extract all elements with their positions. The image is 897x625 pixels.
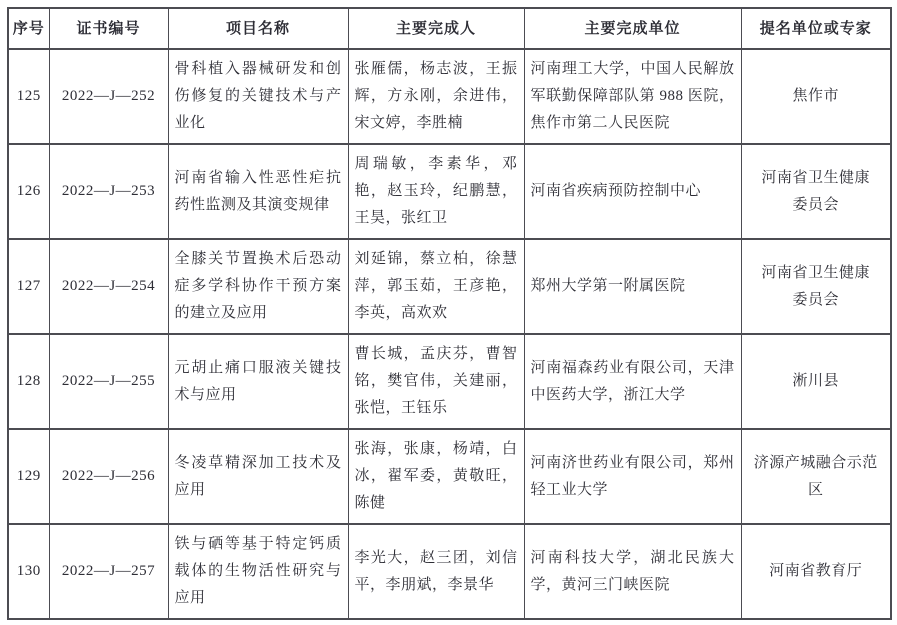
cell-people: 周瑞敏，李素华，邓艳，赵玉玲，纪鹏慧，王昊，张红卫 (348, 144, 524, 239)
awards-table: 序号 证书编号 项目名称 主要完成人 主要完成单位 提名单位或专家 125 20… (7, 7, 892, 620)
cell-project: 元胡止痛口服液关键技术与应用 (168, 334, 348, 429)
header-nominator: 提名单位或专家 (741, 8, 891, 49)
cell-people: 曹长城，孟庆芬，曹智铭，樊官伟，关建丽，张恺，王钰乐 (348, 334, 524, 429)
header-people: 主要完成人 (348, 8, 524, 49)
cell-project: 全膝关节置换术后恐动症多学科协作干预方案的建立及应用 (168, 239, 348, 334)
cell-project: 骨科植入器械研发和创伤修复的关键技术与产业化 (168, 49, 348, 144)
cell-nominator: 焦作市 (741, 49, 891, 144)
cell-units: 河南济世药业有限公司，郑州轻工业大学 (524, 429, 741, 524)
cell-cert: 2022—J—254 (49, 239, 168, 334)
table-row: 125 2022—J—252 骨科植入器械研发和创伤修复的关键技术与产业化 张雁… (8, 49, 891, 144)
cell-cert: 2022—J—256 (49, 429, 168, 524)
table-row: 130 2022—J—257 铁与硒等基于特定钙质载体的生物活性研究与应用 李光… (8, 524, 891, 619)
table-row: 129 2022—J—256 冬凌草精深加工技术及应用 张海，张康，杨靖，白冰，… (8, 429, 891, 524)
cell-nominator: 河南省卫生健康 委员会 (741, 144, 891, 239)
cell-units: 郑州大学第一附属医院 (524, 239, 741, 334)
cell-project: 河南省输入性恶性疟抗药性监测及其演变规律 (168, 144, 348, 239)
cell-people: 李光大，赵三团，刘信平，李朋斌，李景华 (348, 524, 524, 619)
cell-units: 河南福森药业有限公司，天津中医药大学，浙江大学 (524, 334, 741, 429)
table-row: 126 2022—J—253 河南省输入性恶性疟抗药性监测及其演变规律 周瑞敏，… (8, 144, 891, 239)
cell-nominator: 河南省教育厅 (741, 524, 891, 619)
cell-nominator: 济源产城融合示范区 (741, 429, 891, 524)
document-page: 序号 证书编号 项目名称 主要完成人 主要完成单位 提名单位或专家 125 20… (0, 0, 897, 625)
header-units: 主要完成单位 (524, 8, 741, 49)
cell-people: 张雁儒，杨志波，王振辉，方永刚，余进伟，宋文婷，李胜楠 (348, 49, 524, 144)
cell-cert: 2022—J—255 (49, 334, 168, 429)
cell-no: 125 (8, 49, 49, 144)
table-row: 127 2022—J—254 全膝关节置换术后恐动症多学科协作干预方案的建立及应… (8, 239, 891, 334)
cell-cert: 2022—J—257 (49, 524, 168, 619)
cell-no: 126 (8, 144, 49, 239)
cell-cert: 2022—J—253 (49, 144, 168, 239)
cell-project: 铁与硒等基于特定钙质载体的生物活性研究与应用 (168, 524, 348, 619)
table-row: 128 2022—J—255 元胡止痛口服液关键技术与应用 曹长城，孟庆芬，曹智… (8, 334, 891, 429)
header-row: 序号 证书编号 项目名称 主要完成人 主要完成单位 提名单位或专家 (8, 8, 891, 49)
header-cert: 证书编号 (49, 8, 168, 49)
cell-units: 河南科技大学，湖北民族大学，黄河三门峡医院 (524, 524, 741, 619)
cell-units: 河南理工大学，中国人民解放军联勤保障部队第 988 医院，焦作市第二人民医院 (524, 49, 741, 144)
cell-cert: 2022—J—252 (49, 49, 168, 144)
cell-people: 刘延锦，蔡立柏，徐慧萍，郭玉茹，王彦艳，李英，高欢欢 (348, 239, 524, 334)
cell-nominator: 淅川县 (741, 334, 891, 429)
header-no: 序号 (8, 8, 49, 49)
cell-nominator: 河南省卫生健康 委员会 (741, 239, 891, 334)
cell-units: 河南省疾病预防控制中心 (524, 144, 741, 239)
cell-no: 127 (8, 239, 49, 334)
cell-no: 129 (8, 429, 49, 524)
cell-no: 128 (8, 334, 49, 429)
cell-project: 冬凌草精深加工技术及应用 (168, 429, 348, 524)
cell-people: 张海，张康，杨靖，白冰，翟军委，黄敬旺，陈健 (348, 429, 524, 524)
header-project: 项目名称 (168, 8, 348, 49)
cell-no: 130 (8, 524, 49, 619)
